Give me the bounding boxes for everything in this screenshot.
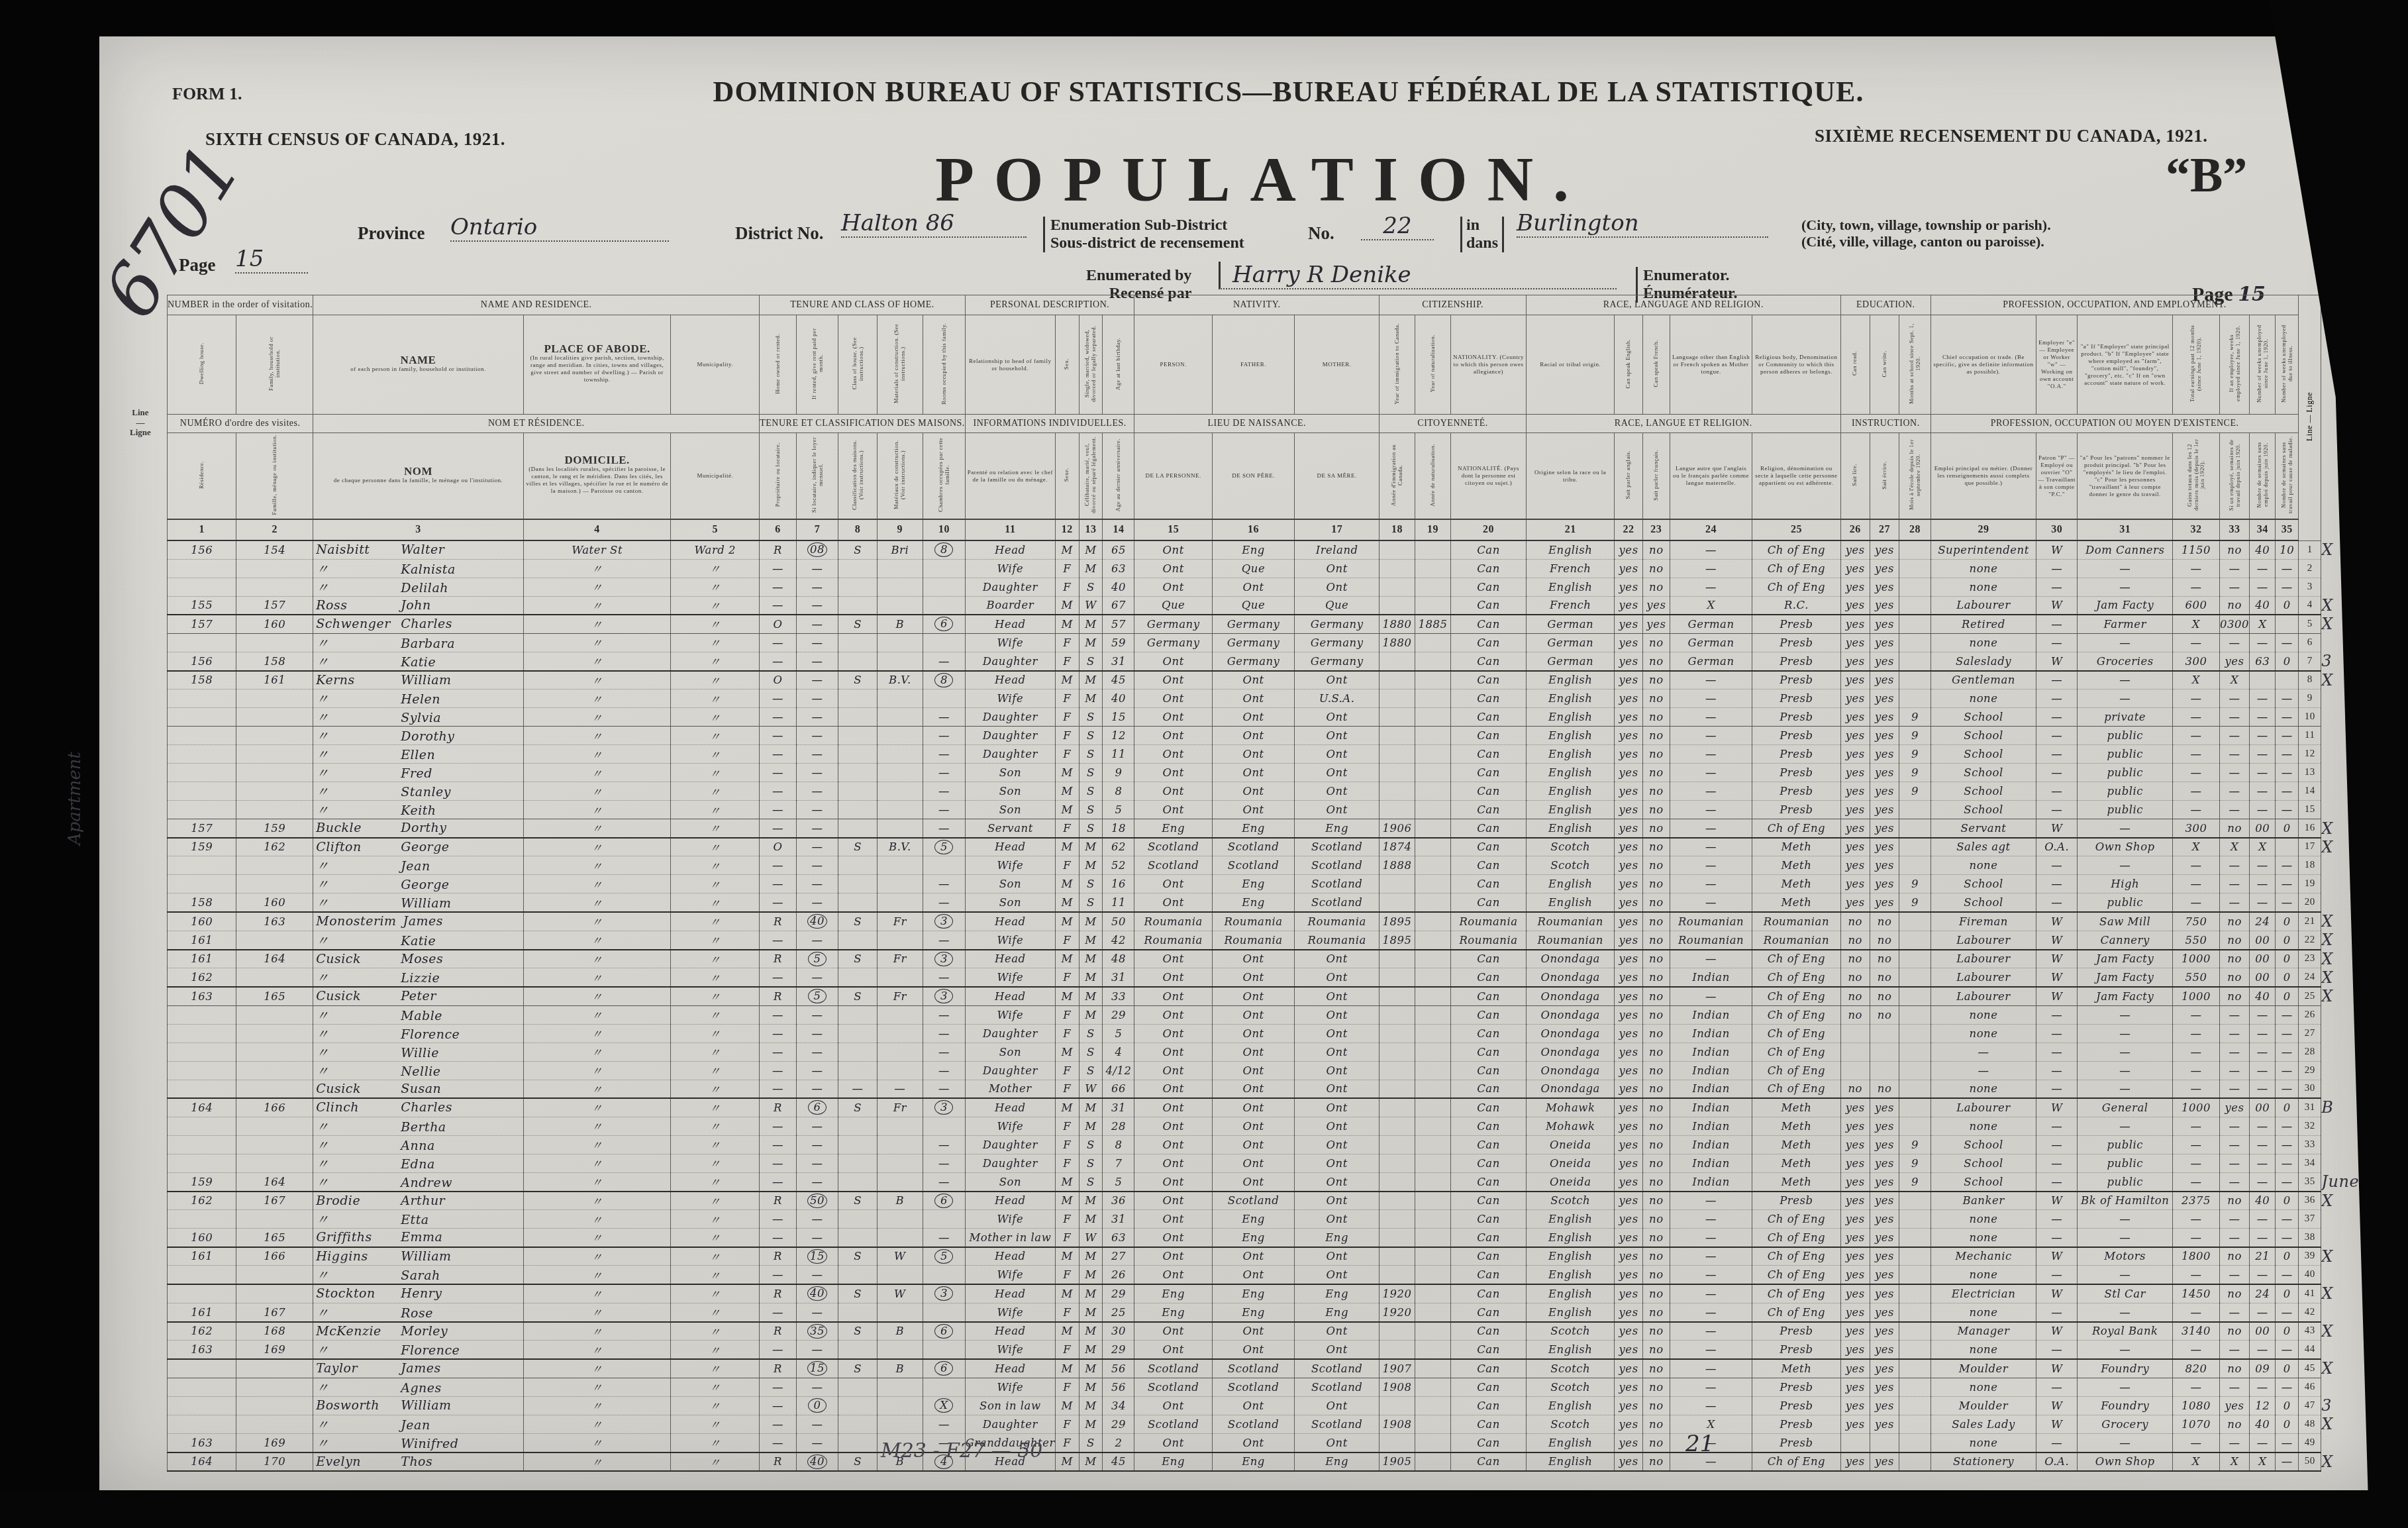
cell: — [2078, 1210, 2173, 1229]
cell [877, 875, 923, 893]
cell: 8 [1103, 782, 1134, 801]
cell: Ch of Eng [1752, 1303, 1840, 1322]
cell: — [2276, 1433, 2299, 1452]
cell: Ont [1134, 1098, 1212, 1117]
cell: — [2036, 1433, 2077, 1452]
cell: 〃 [671, 1359, 760, 1378]
cell [236, 1135, 313, 1154]
table-row: 159162CliftonGeorge〃〃O—SB.V.5HeadMM62Sco… [168, 838, 2386, 856]
cell: no [1642, 856, 1670, 875]
cell [1415, 671, 1451, 689]
cell [877, 1415, 923, 1433]
cell: — [1670, 689, 1752, 708]
cell: Onondaga [1527, 1043, 1615, 1061]
cell: 168 [236, 1322, 313, 1341]
cell: English [1527, 1303, 1615, 1322]
cell: 166 [236, 1247, 313, 1266]
cell: Can [1451, 633, 1527, 652]
cell: 〃 [671, 1266, 760, 1285]
cell: Ont [1134, 782, 1212, 801]
cell: W [2036, 1415, 2077, 1433]
cell: yes [1840, 1359, 1870, 1378]
cell: Head [965, 987, 1055, 1005]
cell: no [1840, 1080, 1870, 1098]
cell: ClinchCharles [313, 1098, 524, 1117]
column-number: 10 [923, 519, 965, 540]
page-value-left: 15 [235, 246, 308, 274]
fr-column-header: Propriétaire ou locataire. [760, 433, 796, 520]
cell: yes [1615, 1210, 1642, 1229]
cell: 0 [2276, 1396, 2299, 1415]
cell: Can [1451, 1154, 1527, 1172]
cell: Onondaga [1527, 1080, 1615, 1098]
fr-column-header: Langue autre que l'anglais ou le françai… [1670, 433, 1752, 520]
cell: — [2173, 745, 2220, 764]
cell: 15 [1103, 708, 1134, 727]
cell: 160 [236, 893, 313, 913]
cell: Oneida [1527, 1154, 1615, 1172]
cell: Can [1451, 1341, 1527, 1360]
cell: yes [1870, 745, 1899, 764]
cell: Labourer [1931, 968, 2036, 988]
column-number: 16 [1212, 519, 1294, 540]
cell: English [1527, 1247, 1615, 1266]
cell: — [2250, 893, 2276, 913]
cell: yes [1840, 615, 1870, 633]
cell: — [923, 819, 965, 838]
cell: — [760, 1210, 796, 1229]
cell [168, 1024, 236, 1043]
cell: M [1079, 633, 1103, 652]
cell: Ont [1134, 689, 1212, 708]
cell: 00 [2250, 1322, 2276, 1341]
cell [168, 764, 236, 782]
cell: 〃Keith [313, 801, 524, 819]
table-row: 〃Fred〃〃———SonMS9OntOntOntCanEnglishyesno… [168, 764, 2386, 782]
cell: yes [1870, 782, 1899, 801]
cell [877, 1210, 923, 1229]
cell: 〃Willie [313, 1043, 524, 1061]
cell: X [2219, 1452, 2250, 1471]
cell: yes [1840, 1322, 1870, 1341]
cell: 50 [796, 1192, 838, 1210]
cell: — [2219, 1135, 2250, 1154]
cell: — [2276, 1005, 2299, 1024]
cell [1380, 1266, 1415, 1285]
table-row: 160165GriffithsEmma〃〃———Mother in lawFW6… [168, 1229, 2386, 1247]
cell: Ch of Eng [1752, 1043, 1840, 1061]
cell: — [2036, 856, 2077, 875]
column-number: 13 [1079, 519, 1103, 540]
cell: Servant [965, 819, 1055, 838]
cell: RossJohn [313, 596, 524, 615]
fr-column-header: Patron "P" — Employé ou ouvrier "O" — Tr… [2036, 433, 2077, 520]
cell [838, 893, 877, 913]
cell: Ont [1212, 1061, 1294, 1080]
cell [1899, 671, 1931, 689]
cell: 162 [168, 1322, 236, 1341]
cell: 19 [2299, 875, 2321, 893]
cell: 〃 [523, 931, 671, 950]
cell: Meth [1752, 856, 1840, 875]
cell: — [2036, 671, 2077, 689]
en-column-header: Language other than English or French sp… [1670, 315, 1752, 415]
cell: — [2078, 856, 2173, 875]
cell: yes [1840, 838, 1870, 856]
cell: no [2219, 931, 2250, 950]
cell [1899, 615, 1931, 633]
en-column-header: Employer "e" — Employee or Worker "w" — … [2036, 315, 2077, 415]
en-group-header: NAME AND RESIDENCE. [313, 295, 760, 315]
cell: 820 [2173, 1359, 2220, 1378]
cell: yes [1870, 615, 1899, 633]
cell [877, 1135, 923, 1154]
cell: 〃 [523, 1396, 671, 1415]
cell: O.A. [2036, 1452, 2077, 1471]
cell [1380, 893, 1415, 913]
cell [877, 968, 923, 988]
column-number: 27 [1870, 519, 1899, 540]
cell: Motors [2078, 1247, 2173, 1266]
cell [838, 968, 877, 988]
cell [1415, 708, 1451, 727]
cell: English [1527, 578, 1615, 596]
cell: S [1079, 782, 1103, 801]
cell: — [2250, 1061, 2276, 1080]
cell: Ont [1134, 1210, 1212, 1229]
cell: General [2078, 1098, 2173, 1117]
cell: Moulder [1931, 1396, 2036, 1415]
cell: — [2036, 782, 2077, 801]
cell [1415, 1154, 1451, 1172]
cell: M [1079, 838, 1103, 856]
cell [1415, 745, 1451, 764]
cell: Ch of Eng [1752, 1080, 1840, 1098]
cell: StocktonHenry [313, 1284, 524, 1303]
cell: R [760, 1322, 796, 1341]
cell [236, 1117, 313, 1135]
cell: 23 [2299, 950, 2321, 968]
column-number: 7 [796, 519, 838, 540]
cell: 15 [796, 1359, 838, 1378]
cell: Scotland [1212, 1359, 1294, 1378]
cell [877, 708, 923, 727]
cell: Wife [965, 1117, 1055, 1135]
cell [2276, 671, 2299, 689]
cell: no [1642, 1229, 1670, 1247]
cell: — [2276, 856, 2299, 875]
cell: 9 [1899, 764, 1931, 782]
cell: 5 [1103, 801, 1134, 819]
cell: — [2219, 1433, 2250, 1452]
cell: 39 [2299, 1247, 2321, 1266]
cell: no [1642, 1192, 1670, 1210]
cell: no [1642, 1303, 1670, 1322]
cell: S [1079, 819, 1103, 838]
table-row: 〃Bertha〃〃——WifeFM28OntOntOntCanMohawkyes… [168, 1117, 2386, 1135]
subdistrict-label-fr: Sous-district de recensement [1050, 234, 1244, 252]
cell: 11 [1103, 745, 1134, 764]
cell: yes [1615, 1135, 1642, 1154]
cell: 〃 [671, 764, 760, 782]
table-row: 157160SchwengerCharles〃〃O—SB6HeadMM57Ger… [168, 615, 2386, 633]
cell: German [1527, 652, 1615, 671]
cell: Roumania [1295, 931, 1380, 950]
cell: — [2219, 1154, 2250, 1172]
cell: Ch of Eng [1752, 559, 1840, 578]
cell: 35 [2299, 1172, 2321, 1192]
cell: M [1055, 1359, 1079, 1378]
table-row: 164166ClinchCharles〃〃R6SFr3HeadMM31OntOn… [168, 1098, 2386, 1117]
cell: 164 [168, 1098, 236, 1117]
cell: 〃 [671, 1229, 760, 1247]
cell: School [1931, 1172, 2036, 1192]
cell: 〃 [671, 1098, 760, 1117]
cell: English [1527, 540, 1615, 559]
cell: Ont [1212, 1154, 1294, 1172]
enumerated-by-en: Enumerated by [1086, 267, 1191, 284]
column-number: 11 [965, 519, 1055, 540]
cell: 〃 [671, 559, 760, 578]
cell: M [1079, 1415, 1103, 1433]
table-row: 161167〃Rose〃〃——WifeFM25EngEngEng1920CanE… [168, 1303, 2386, 1322]
cell [168, 1080, 236, 1098]
cell: R [760, 987, 796, 1005]
cell: 31 [1103, 968, 1134, 988]
cell: 〃 [671, 801, 760, 819]
cell: yes [1840, 1415, 1870, 1433]
cell: — [2173, 856, 2220, 875]
cell: 〃Katie [313, 931, 524, 950]
cell: — [2078, 1341, 2173, 1360]
cell: Wife [965, 1266, 1055, 1285]
cell: yes [1615, 950, 1642, 968]
cell: — [760, 559, 796, 578]
cell: 〃 [523, 1024, 671, 1043]
cell: Presb [1752, 801, 1840, 819]
cell: Ont [1295, 1266, 1380, 1285]
in-label: in [1466, 217, 1480, 234]
en-group-header: PROFESSION, OCCUPATION, AND EMPLOYMENT. [1931, 295, 2299, 315]
cell: 〃 [671, 838, 760, 856]
cell: 〃 [671, 745, 760, 764]
fr-group-header: NOM ET RÉSIDENCE. [313, 415, 760, 433]
cell: Ont [1134, 1005, 1212, 1024]
cell: 157 [168, 819, 236, 838]
cell: 28 [2299, 1043, 2321, 1061]
cell: School [1931, 875, 2036, 893]
cell: 〃 [523, 596, 671, 615]
cell: 1000 [2173, 1098, 2220, 1117]
cell [1415, 782, 1451, 801]
fr-column-header: Nombre de semaines sans travail pour cau… [2276, 433, 2299, 520]
cell [236, 1061, 313, 1080]
cell: Eng [1134, 1284, 1212, 1303]
cell: yes [1615, 764, 1642, 782]
cell: Germany [1134, 615, 1212, 633]
cell: 1080 [2173, 1396, 2220, 1415]
scanned-census-page: 6701 Apartment FORM 1. DOMINION BUREAU O… [0, 0, 2408, 1528]
cell: Saleslady [1931, 652, 2036, 671]
cell: 40 [1103, 578, 1134, 596]
cell [1380, 1080, 1415, 1098]
cell: yes [1615, 801, 1642, 819]
cell: Scotland [1134, 1415, 1212, 1433]
cell: Can [1451, 1061, 1527, 1080]
cell: Can [1451, 1322, 1527, 1341]
fr-column-header: Famille, ménage ou institution. [236, 433, 313, 520]
cell: — [2036, 689, 2077, 708]
cell: Superintendent [1931, 540, 2036, 559]
cell: 〃 [671, 633, 760, 652]
cell: M [1055, 615, 1079, 633]
cell: 300 [2173, 652, 2220, 671]
cell: — [760, 1396, 796, 1415]
cell: — [1670, 782, 1752, 801]
cell [923, 1303, 965, 1322]
cell: Daughter [965, 1154, 1055, 1172]
cell: Germany [1212, 633, 1294, 652]
cell: M [1055, 801, 1079, 819]
cell: Indian [1670, 1117, 1752, 1135]
cell: Can [1451, 1433, 1527, 1452]
cell [838, 1303, 877, 1322]
cell: 〃 [523, 1061, 671, 1080]
cell: Scotland [1134, 1378, 1212, 1396]
cell [1415, 1284, 1451, 1303]
cell: yes [1870, 1415, 1899, 1433]
cell: — [796, 1266, 838, 1285]
cell [1415, 1322, 1451, 1341]
cell [877, 1266, 923, 1285]
fr-column-header: DE LA PERSONNE. [1134, 433, 1212, 520]
cell: Labourer [1931, 1098, 2036, 1117]
cell: 12 [2299, 745, 2321, 764]
cell: X [2173, 615, 2220, 633]
cell: 〃 [671, 578, 760, 596]
cell: M [1055, 1098, 1079, 1117]
cell: Ont [1134, 727, 1212, 745]
cell [1380, 1135, 1415, 1154]
cell: — [2250, 1210, 2276, 1229]
fr-column-header: Sexe. [1055, 433, 1079, 520]
table-row: 163165CusickPeter〃〃R5SFr3HeadMM33OntOntO… [168, 987, 2386, 1005]
cell: 300 [2173, 819, 2220, 838]
cell: Ont [1134, 745, 1212, 764]
cell: German [1670, 652, 1752, 671]
cell: Ch of Eng [1752, 1210, 1840, 1229]
cell: English [1527, 727, 1615, 745]
cell: S [1079, 1135, 1103, 1154]
cell: Roumanian [1527, 931, 1615, 950]
cell: Can [1451, 745, 1527, 764]
cell: — [2276, 893, 2299, 913]
cell [1415, 801, 1451, 819]
cell: X [2250, 1452, 2276, 1471]
cell: Presb [1752, 633, 1840, 652]
cell [1380, 689, 1415, 708]
cell [1380, 578, 1415, 596]
cell [168, 856, 236, 875]
cell: — [2219, 1043, 2250, 1061]
cell [236, 1396, 313, 1415]
cell: — [2036, 1135, 2077, 1154]
cell: 50 [1103, 912, 1134, 931]
cell: — [2219, 1303, 2250, 1322]
cell: Fr [877, 1098, 923, 1117]
cell: M [1079, 1266, 1103, 1285]
cell: Eng [1212, 1452, 1294, 1471]
cell: Can [1451, 540, 1527, 559]
cell: CusickSusan [313, 1080, 524, 1098]
cell: Ont [1295, 1135, 1380, 1154]
cell: Mohawk [1527, 1098, 1615, 1117]
cell: F [1055, 1415, 1079, 1433]
cell: — [2250, 578, 2276, 596]
cell: Electrician [1931, 1284, 2036, 1303]
en-group-header: NUMBER in the order of visitation. [168, 295, 313, 315]
cell [168, 1210, 236, 1229]
cell: — [2078, 819, 2173, 838]
cell: 160 [168, 912, 236, 931]
fr-group-header: INFORMATIONS INDIVIDUELLES. [965, 415, 1134, 433]
cell: French [1527, 559, 1615, 578]
cell: no [2219, 1359, 2250, 1378]
cell: S [1079, 1061, 1103, 1080]
cell: Son [965, 764, 1055, 782]
cell: Can [1451, 801, 1527, 819]
cell: 6 [923, 615, 965, 633]
cell: F [1055, 968, 1079, 988]
cell: — [2250, 801, 2276, 819]
cell [1899, 1098, 1931, 1117]
cell [877, 559, 923, 578]
cell: yes [1870, 893, 1899, 913]
cell [236, 578, 313, 596]
cell: Ont [1295, 801, 1380, 819]
cell: — [2276, 1378, 2299, 1396]
subdistrict-no-label: No. [1308, 223, 1334, 244]
cell: public [2078, 727, 2173, 745]
cell: yes [1840, 1210, 1870, 1229]
cell: Indian [1670, 1098, 1752, 1117]
cell [168, 1043, 236, 1061]
cell: yes [1840, 1266, 1870, 1285]
cell: Wife [965, 1303, 1055, 1322]
cell [1380, 1024, 1415, 1043]
cell: — [2036, 615, 2077, 633]
cell: Indian [1670, 1154, 1752, 1172]
cell [1415, 633, 1451, 652]
fr-column-header: Classification des maisons. (Voir instru… [838, 433, 877, 520]
cell: Jam Facty [2078, 987, 2173, 1005]
cell: — [2276, 782, 2299, 801]
cell: Ont [1295, 745, 1380, 764]
cell [1415, 912, 1451, 931]
cell: Scotch [1527, 1415, 1615, 1433]
cell: 29 [1103, 1005, 1134, 1024]
cell: — [2219, 1341, 2250, 1360]
cell: Germany [1295, 652, 1380, 671]
cell: — [2078, 1005, 2173, 1024]
cell: — [796, 1154, 838, 1172]
cell: BrodieArthur [313, 1192, 524, 1210]
cell: Ont [1212, 1396, 1294, 1415]
cell: — [796, 652, 838, 671]
cell: public [2078, 1172, 2173, 1192]
cell: — [2078, 1024, 2173, 1043]
cell [1415, 1247, 1451, 1266]
